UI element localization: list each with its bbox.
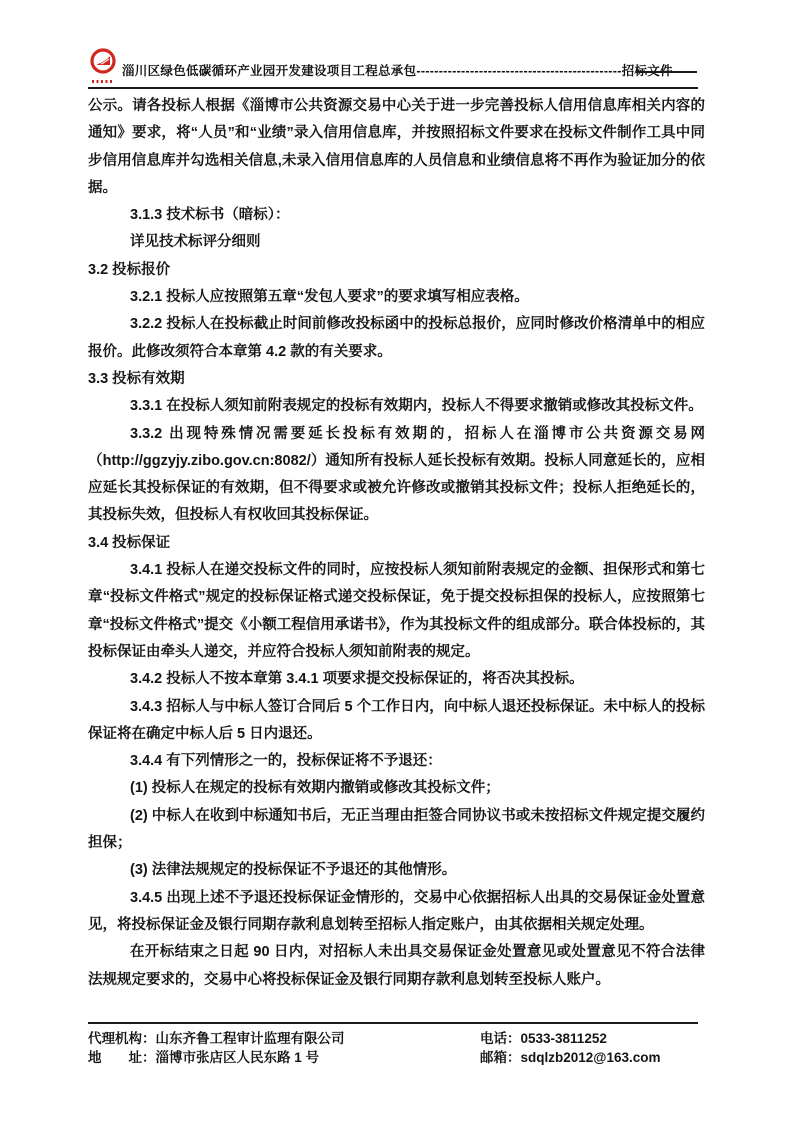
- project-title: 淄川区绿色低碳循环产业园开发建设项目工程总承包: [122, 64, 416, 78]
- document-body: 公示。请各投标人根据《淄博市公共资源交易中心关于进一步完善投标人信用信息库相关内…: [88, 93, 705, 994]
- footer-right-column: 电话：0533-3811252 邮箱：sdqlzb2012@163.com: [480, 1029, 698, 1067]
- header-divider: [88, 87, 698, 89]
- footer-agency-row: 代理机构：山东齐鲁工程审计监理有限公司: [88, 1029, 345, 1048]
- agency-logo-text: [92, 80, 114, 83]
- list-item: (3) 法律法规规定的投标保证不予退还的其他情形。: [88, 857, 705, 884]
- footer-left-column: 代理机构：山东齐鲁工程审计监理有限公司 地 址：淄博市张店区人民东路 1 号: [88, 1029, 345, 1067]
- footer-email-row: 邮箱：sdqlzb2012@163.com: [480, 1048, 698, 1067]
- address-label: 地 址：: [88, 1050, 156, 1065]
- phone-label: 电话：: [480, 1031, 521, 1046]
- section-heading: 3.1.3 技术标书（暗标）：: [88, 202, 705, 229]
- agency-logo: [88, 48, 118, 83]
- doc-paragraph: 3.4.1 投标人在递交投标文件的同时，应按投标人须知前附表规定的金额、担保形式…: [88, 557, 705, 666]
- page-header: 淄川区绿色低碳循环产业园开发建设项目工程总承包-----------------…: [88, 48, 705, 83]
- agency-value: 山东齐鲁工程审计监理有限公司: [156, 1031, 345, 1046]
- phone-value: 0533-3811252: [521, 1031, 607, 1046]
- footer-phone-row: 电话：0533-3811252: [480, 1029, 698, 1048]
- doc-paragraph: 3.3.1 在投标人须知前附表规定的投标有效期内，投标人不得要求撤销或修改其投标…: [88, 393, 705, 420]
- header-title-line: 淄川区绿色低碳循环产业园开发建设项目工程总承包-----------------…: [122, 48, 673, 79]
- list-item: (1) 投标人在规定的投标有效期内撤销或修改其投标文件；: [88, 775, 705, 802]
- page-footer: 代理机构：山东齐鲁工程审计监理有限公司 地 址：淄博市张店区人民东路 1 号 电…: [88, 1022, 698, 1067]
- doc-paragraph: 公示。请各投标人根据《淄博市公共资源交易中心关于进一步完善投标人信用信息库相关内…: [88, 93, 705, 202]
- doc-paragraph: 3.4.4 有下列情形之一的，投标保证将不予退还：: [88, 748, 705, 775]
- address-value: 淄博市张店区人民东路 1 号: [156, 1050, 320, 1065]
- section-heading: 3.2 投标报价: [88, 257, 705, 284]
- doc-paragraph: 3.2.2 投标人在投标截止时间前修改投标函中的投标总报价，应同时修改价格清单中…: [88, 311, 705, 366]
- agency-label: 代理机构：: [88, 1031, 156, 1046]
- document-page: 淄川区绿色低碳循环产业园开发建设项目工程总承包-----------------…: [0, 0, 793, 1121]
- doc-paragraph: 3.4.3 招标人与中标人签订合同后 5 个工作日内，向中标人退还投标保证。未中…: [88, 694, 705, 749]
- header-dashes: ----------------------------------------…: [416, 64, 621, 78]
- doc-paragraph: 在开标结束之日起 90 日内，对招标人未出具交易保证金处置意见或处置意见不符合法…: [88, 939, 705, 994]
- list-item: (2) 中标人在收到中标通知书后，无正当理由拒签合同协议书或未按招标文件规定提交…: [88, 803, 705, 858]
- section-heading: 3.4 投标保证: [88, 530, 705, 557]
- doc-paragraph: 3.3.2 出现特殊情况需要延长投标有效期的，招标人在淄博市公共资源交易网（ht…: [88, 421, 705, 530]
- email-value: sdqlzb2012@163.com: [521, 1050, 661, 1065]
- doc-paragraph: 详见技术标评分细则: [88, 229, 705, 256]
- doc-paragraph: 3.4.5 出现上述不予退还投标保证金情形的，交易中心依据招标人出具的交易保证金…: [88, 885, 705, 940]
- doc-paragraph: 3.4.2 投标人不按本章第 3.4.1 项要求提交投标保证的，将否决其投标。: [88, 666, 705, 693]
- agency-logo-icon: [90, 48, 116, 74]
- header-tick-line: [636, 71, 697, 73]
- email-label: 邮箱：: [480, 1050, 521, 1065]
- doc-paragraph: 3.2.1 投标人应按照第五章“发包人要求”的要求填写相应表格。: [88, 284, 705, 311]
- section-heading: 3.3 投标有效期: [88, 366, 705, 393]
- footer-address-row: 地 址：淄博市张店区人民东路 1 号: [88, 1048, 345, 1067]
